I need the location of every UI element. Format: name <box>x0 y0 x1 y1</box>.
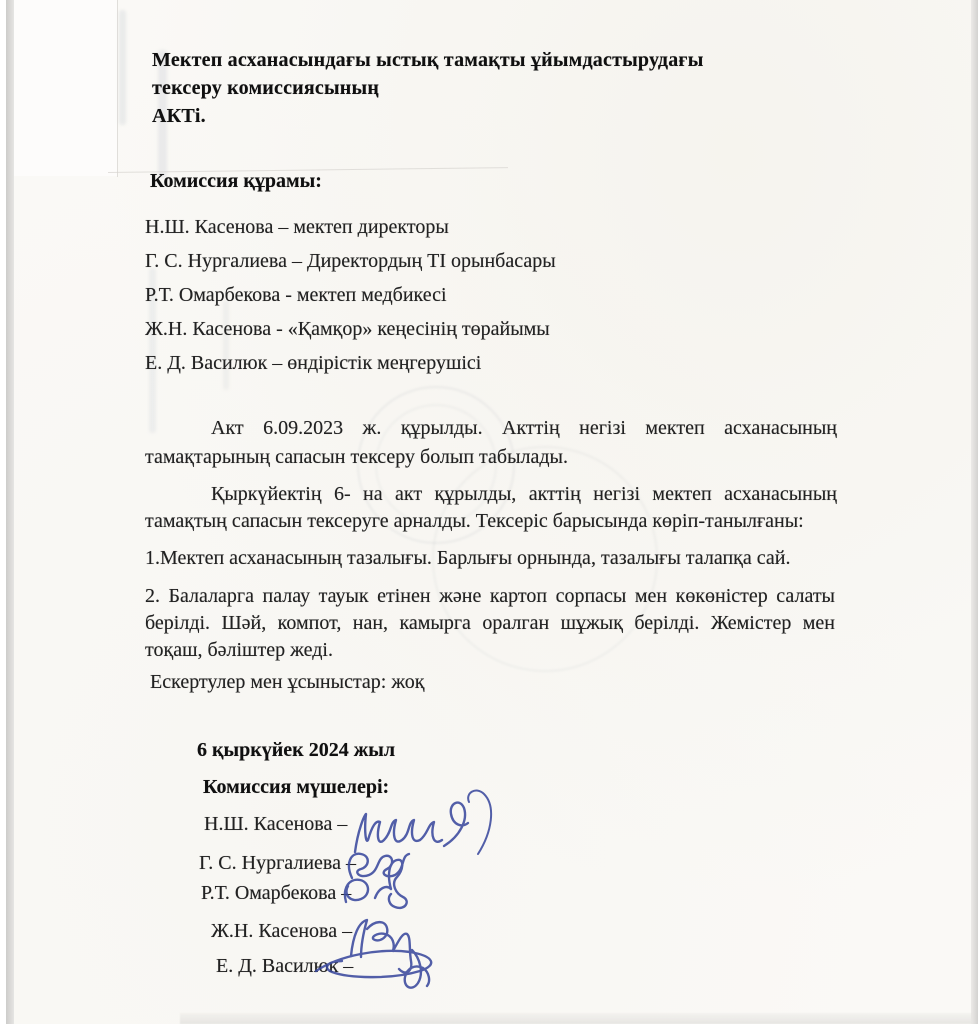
commission-member: Г. С. Нургалиева – Директордың ТІ орынба… <box>145 244 785 278</box>
scan-edge-left-gray <box>6 0 14 1024</box>
commission-member: Р.Т. Омарбекова - мектеп медбикесі <box>145 278 785 312</box>
document-title: Мектеп асханасындағы ыстық тамақты ұйымд… <box>152 46 752 130</box>
scan-edge-bottom-shadow <box>180 1013 972 1024</box>
bleed-through-mark <box>119 10 126 125</box>
title-line: тексеру комиссиясының <box>152 74 752 102</box>
commission-member-list: Н.Ш. Касенова – мектеп директоры Г. С. Н… <box>145 210 785 380</box>
commission-member: Е. Д. Василюк – өндірістік меңгерушісі <box>145 346 785 380</box>
commission-member: Ж.Н. Касенова - «Қамқор» кеңесінің төрай… <box>145 312 785 346</box>
act-paragraph-2: Қыркүйектің 6- на акт құрылды, акттің не… <box>145 481 837 535</box>
notes-line: Ескертулер мен ұсыныстар: жоқ <box>150 671 424 694</box>
scan-edge-right-gray <box>971 0 978 1024</box>
title-line: Мектеп асханасындағы ыстық тамақты ұйымд… <box>152 46 752 74</box>
signature-ink-vasilyuk <box>316 950 431 988</box>
finding-2: 2. Балаларга палау тауык етінен және кар… <box>145 583 835 664</box>
signature-ink-kasenova-zhn <box>351 920 411 972</box>
act-paragraph-1: Акт 6.09.2023 ж. құрылды. Акттің негізі … <box>145 414 837 472</box>
signatures-ink-layer <box>298 788 513 1008</box>
commission-member: Н.Ш. Касенова – мектеп директоры <box>145 210 785 244</box>
sheet-seam-vertical <box>117 0 118 177</box>
scanned-document-page: Мектеп асханасындағы ыстық тамақты ұйымд… <box>0 0 978 1024</box>
date-line: 6 қыркүйек 2024 жыл <box>197 739 395 762</box>
finding-1: 1.Мектеп асханасының тазалығы. Барлығы о… <box>145 545 837 572</box>
signature-ink-kasenova-nsh <box>355 790 491 854</box>
overlapped-sheet-corner <box>14 0 118 176</box>
commission-heading: Комиссия құрамы: <box>150 170 322 193</box>
title-line: АКТі. <box>152 102 752 130</box>
